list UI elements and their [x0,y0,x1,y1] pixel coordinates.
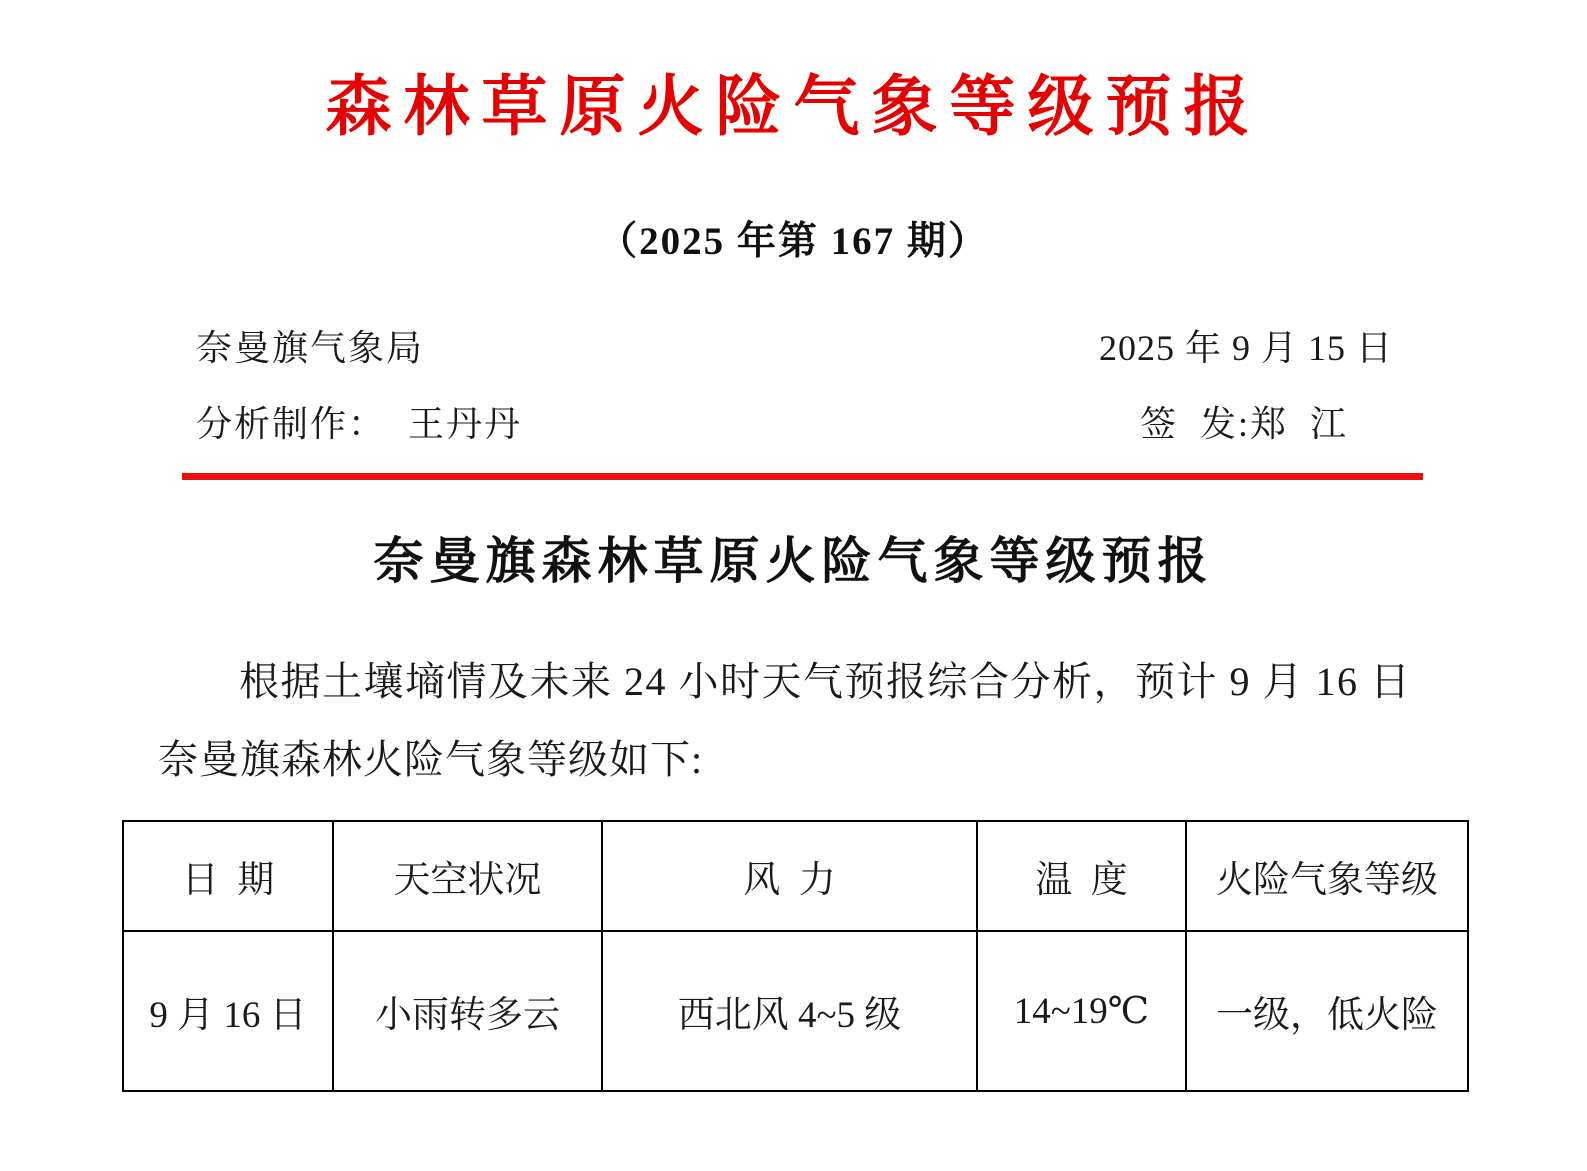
cell-sky-condition: 小雨转多云 [333,931,602,1091]
forecast-table: 日 期 天空状况 风 力 温 度 火险气象等级 9 月 16 日 小雨转多云 西… [122,820,1469,1092]
issuing-organization: 奈曼旗气象局 [196,320,424,371]
section-title: 奈曼旗森林草原火险气象等级预报 [0,533,1587,591]
prepared-by-line: 分析制作： 王丹丹 [196,396,522,447]
cell-temperature: 14~19℃ [977,931,1186,1091]
col-header-wind: 风 力 [602,821,977,931]
cell-date: 9 月 16 日 [123,931,333,1091]
col-header-fire-danger-grade: 火险气象等级 [1186,821,1468,931]
document-title: 森林草原火险气象等级预报 [0,70,1587,146]
body-paragraph-line-1: 根据土壤墒情及未来 24 小时天气预报综合分析，预计 9 月 16 日 [158,650,1458,707]
issue-number: （2025 年第 167 期） [0,210,1587,266]
red-divider-rule [182,473,1423,480]
col-header-temperature: 温 度 [977,821,1186,931]
cell-wind: 西北风 4~5 级 [602,931,977,1091]
cell-fire-danger-grade: 一级，低火险 [1186,931,1468,1091]
table-header-row: 日 期 天空状况 风 力 温 度 火险气象等级 [123,821,1468,931]
body-paragraph-line-2: 奈曼旗森林火险气象等级如下: [158,728,1458,785]
col-header-sky-condition: 天空状况 [333,821,602,931]
signed-by-line: 签 发:郑 江 [1140,396,1348,447]
col-header-date: 日 期 [123,821,333,931]
document-page: 森林草原火险气象等级预报 （2025 年第 167 期） 奈曼旗气象局 2025… [0,0,1587,1171]
issue-date: 2025 年 9 月 15 日 [1099,320,1393,371]
table-row: 9 月 16 日 小雨转多云 西北风 4~5 级 14~19℃ 一级，低火险 [123,931,1468,1091]
